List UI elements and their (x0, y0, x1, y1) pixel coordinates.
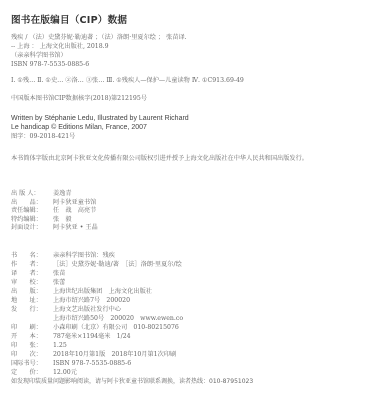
detail-value: 上海市绍兴路7号 200020 (53, 297, 130, 305)
credit-line: Written by Stéphanie Ledu, Illustrated b… (11, 115, 189, 123)
detail-value: 亲亲科学图书馆：残疾 (53, 252, 115, 260)
detail-value: 小森印刷（北京）有限公司 010-80215076 (53, 324, 179, 332)
detail-row-address: 地 址： 上海市绍兴路7号 200020 (11, 297, 130, 305)
detail-value: 上海文艺出版社发行中心 (53, 306, 121, 314)
detail-value: 787毫米×1194毫米 1/24 (53, 333, 131, 341)
detail-label: 出 版： (11, 288, 53, 296)
detail-label: 开 本： (11, 333, 53, 341)
staff-label: 责任编辑： (11, 207, 53, 215)
staff-value: 张 毅 (53, 216, 72, 224)
detail-row-sheets: 印 张： 1.25 (11, 342, 67, 350)
detail-row-price: 定 价： 12.00元 (11, 369, 77, 377)
detail-row-publisher: 出 版： 上海世纪出版集团 上海文化出版社 (11, 288, 152, 296)
cip-line-series: （亲亲科学图书馆） (11, 52, 67, 60)
detail-label: 定 价： (11, 369, 53, 377)
detail-label (11, 315, 53, 323)
staff-value: 任 战 高亮节 (53, 207, 96, 215)
detail-label: 国际书号： (11, 360, 53, 368)
staff-row-cover-design: 封面设计： 阿卡狄亚 • 王晶 (11, 224, 98, 232)
staff-row-producer: 出 品： 阿卡狄亚童书馆 (11, 199, 96, 207)
staff-value: 姜逸青 (53, 190, 72, 198)
cip-subjects: Ⅰ. ①残… Ⅱ. ①史… ②洛… ③张… Ⅲ. ①残疾人—保护—儿童读物 Ⅳ.… (11, 77, 244, 85)
detail-row-format: 开 本： 787毫米×1194毫米 1/24 (11, 333, 131, 341)
detail-value: 上海世纪出版集团 上海文化出版社 (53, 288, 152, 296)
detail-row-printer: 印 刷： 小森印刷（北京）有限公司 010-80215076 (11, 324, 179, 332)
detail-row-distribution-address: 上海市绍兴路50号 200020 www.ewen.co (11, 315, 183, 323)
license-statement: 本书简体字版由北京阿卡狄亚文化传播有限公司版权引进并授予上海文化出版社在中华人民… (11, 155, 308, 163)
detail-row-distribution: 发 行： 上海文艺出版社发行中心 (11, 306, 121, 314)
cip-heading: 图书在版编目（CIP）数据 (11, 12, 127, 26)
detail-label: 审 校： (11, 279, 53, 287)
cip-line-isbn: ISBN 978-7-5535-0885-6 (11, 61, 89, 69)
detail-row-isbn: 国际书号： ISBN 978-7-5535-0885-6 (11, 360, 131, 368)
detail-value: 上海市绍兴路50号 200020 www.ewen.co (53, 315, 183, 323)
contract-number: 图字：09-2018-421号 (11, 133, 75, 141)
detail-label: 地 址： (11, 297, 53, 305)
detail-label: 印 刷： (11, 324, 53, 332)
detail-row-book-title: 书 名： 亲亲科学图书馆：残疾 (11, 252, 115, 260)
copyright-line: Le handicap © Editions Milan, France, 20… (11, 124, 147, 132)
detail-value: 2018年10月第1版 2018年10月第1次印刷 (53, 351, 176, 359)
detail-value: ISBN 978-7-5535-0885-6 (53, 360, 131, 368)
detail-row-reviewer: 审 校： 张蕾 (11, 279, 65, 287)
detail-value: 1.25 (53, 342, 67, 350)
detail-value: 12.00元 (53, 369, 77, 377)
detail-label: 作 者： (11, 261, 53, 269)
staff-value: 阿卡狄亚 • 王晶 (53, 224, 98, 232)
staff-label: 出 版 人： (11, 190, 53, 198)
detail-row-edition: 印 次： 2018年10月第1版 2018年10月第1次印刷 (11, 351, 176, 359)
detail-value: ［法］史黛芬妮·勒迪/著 ［法］洛朗·里夏尔/绘 (53, 261, 182, 269)
quality-notice: 如发现印装质量问题影响阅读，请与阿卡狄亚童书馆联系调换，读者热线：010-879… (11, 378, 253, 386)
detail-value: 张苗 (53, 270, 65, 278)
staff-label: 特约编辑： (11, 216, 53, 224)
detail-row-author: 作 者： ［法］史黛芬妮·勒迪/著 ［法］洛朗·里夏尔/绘 (11, 261, 182, 269)
cip-number: 中国版本图书馆CIP数据核字(2018)第212195号 (11, 95, 147, 103)
cip-line-title: 残疾 / （法）史黛芬妮·勒迪著 ；（法）洛朗·里夏尔绘 ； 张苗译. (11, 34, 187, 42)
detail-row-translator: 译 者： 张苗 (11, 270, 65, 278)
staff-row-special-editor: 特约编辑： 张 毅 (11, 216, 72, 224)
staff-value: 阿卡狄亚童书馆 (53, 199, 96, 207)
detail-label: 印 次： (11, 351, 53, 359)
detail-label: 译 者： (11, 270, 53, 278)
staff-row-editor: 责任编辑： 任 战 高亮节 (11, 207, 96, 215)
detail-label: 发 行： (11, 306, 53, 314)
detail-label: 印 张： (11, 342, 53, 350)
detail-label: 书 名： (11, 252, 53, 260)
staff-label: 封面设计： (11, 224, 53, 232)
staff-row-publisher: 出 版 人： 姜逸青 (11, 190, 72, 198)
detail-value: 张蕾 (53, 279, 65, 287)
staff-label: 出 品： (11, 199, 53, 207)
cip-line-publisher: -- 上海 ： 上海文化出版社, 2018.9 (11, 43, 109, 51)
